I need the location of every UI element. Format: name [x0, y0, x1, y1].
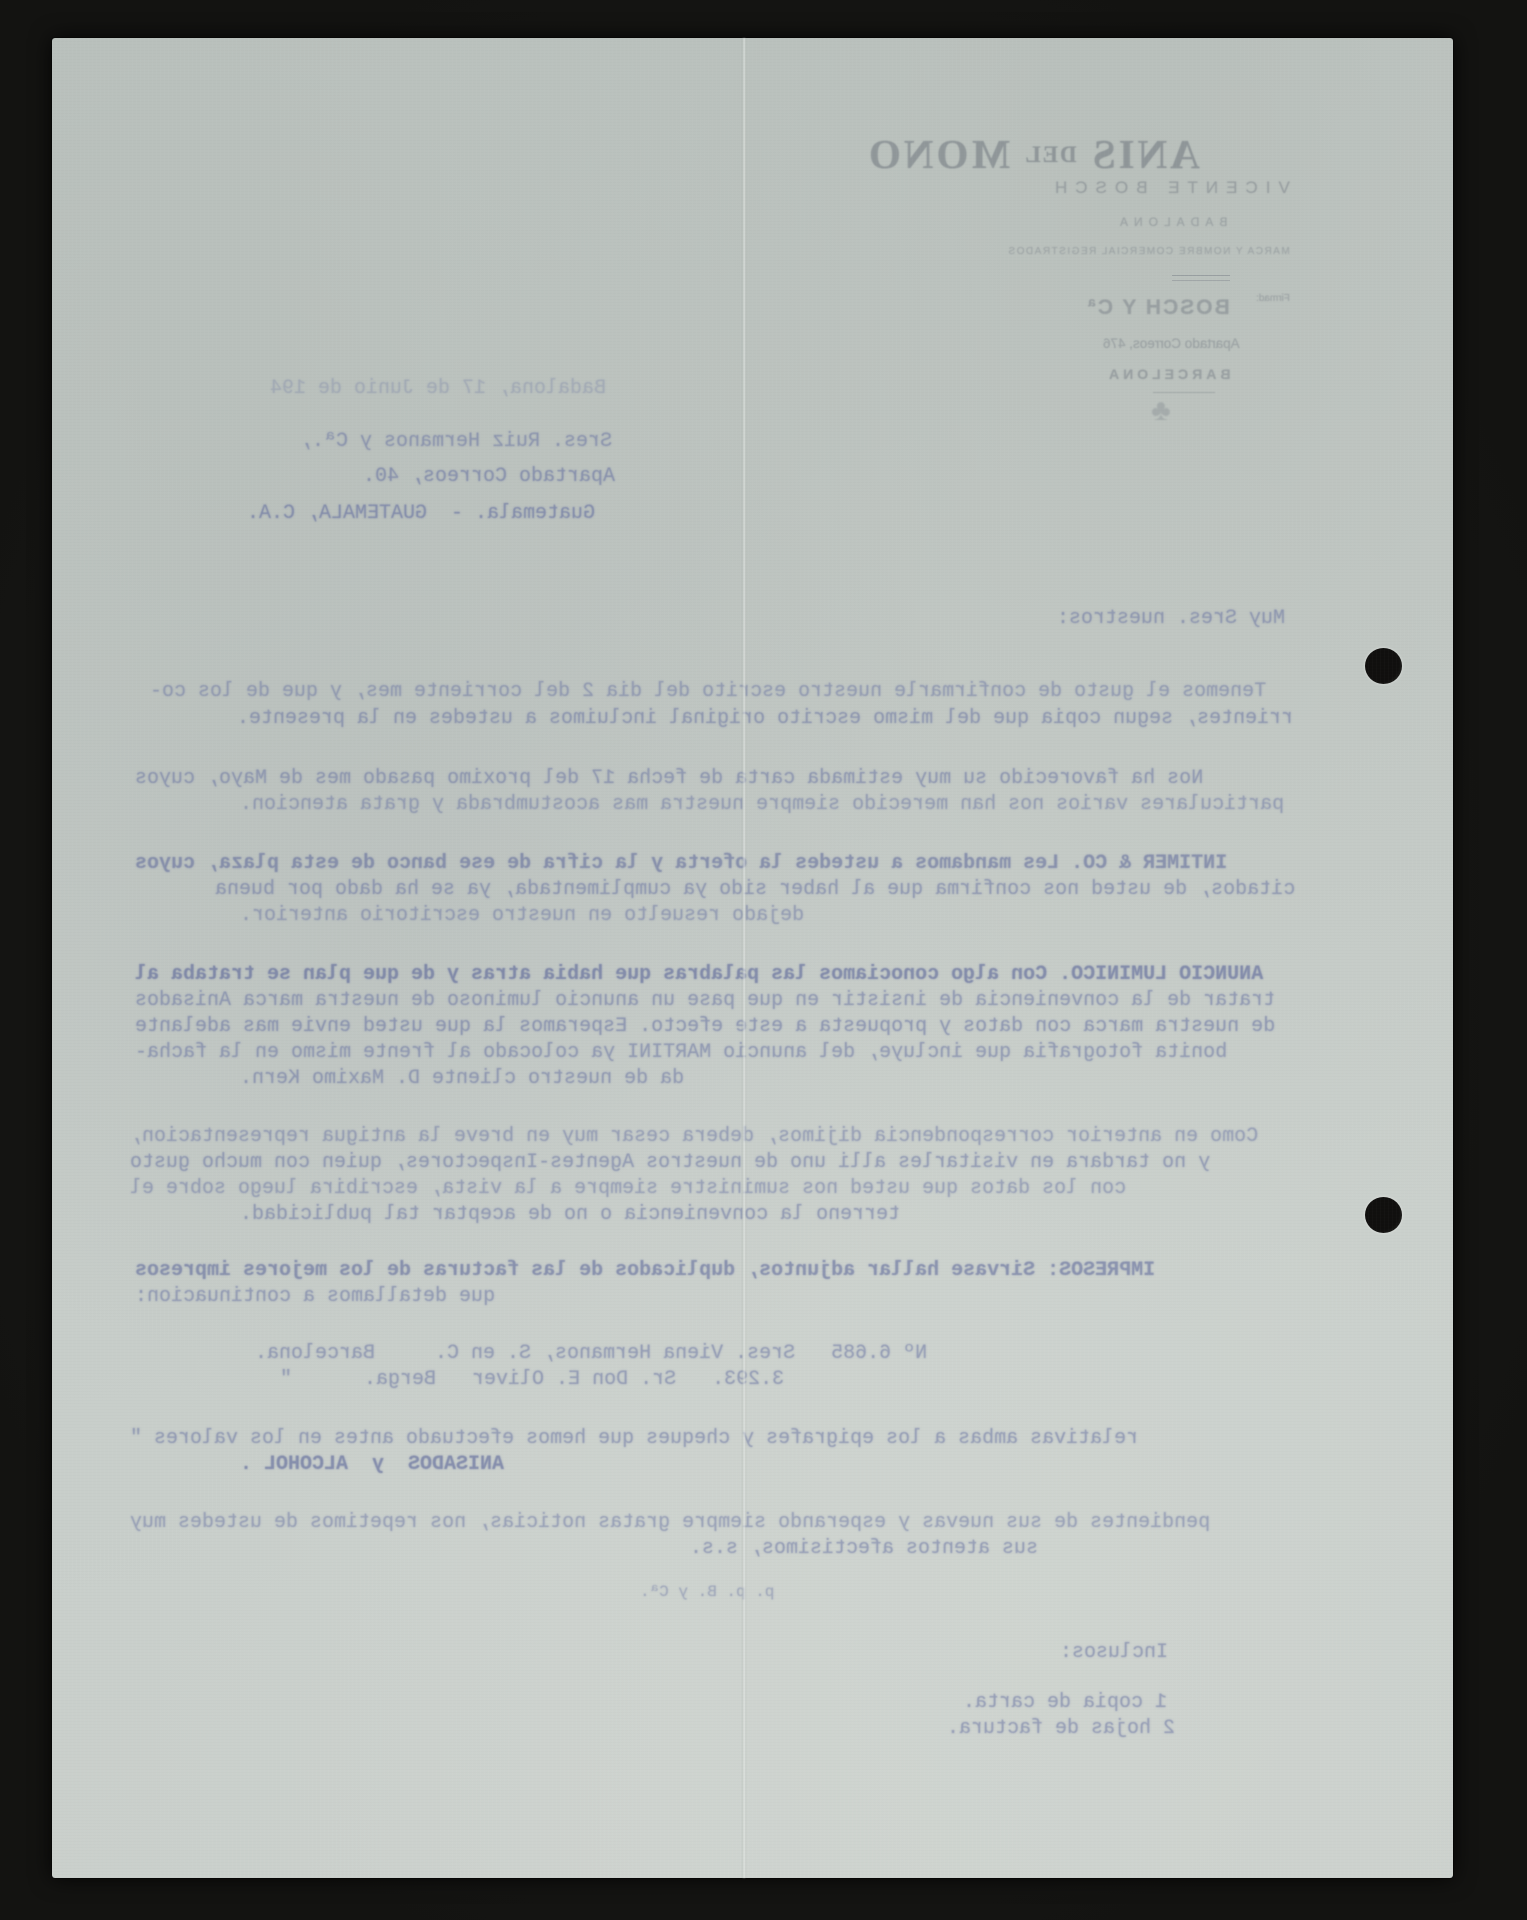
typed-line: INTIMER & CO. Les mandamos a ustedes la …: [135, 853, 1227, 875]
typed-line: Como en anterior correspondencia dijimos…: [130, 1126, 1258, 1148]
ornament-rule: [1153, 392, 1215, 393]
typed-line: con los datos que usted nos suministre s…: [130, 1178, 1126, 1200]
typed-line: da de nuestro cliente D. Maximo Kern.: [240, 1068, 684, 1090]
typed-line: dejado resuelto en nuestro escritorio an…: [240, 905, 804, 927]
typed-line: ANUNCIO LUMINICO. Con algo conociamos la…: [135, 964, 1263, 986]
typed-line: bonita fotografia que incluye, del anunc…: [135, 1042, 1227, 1064]
typed-line: de nuestra marca con datos y propuesta a…: [135, 1016, 1275, 1038]
typed-line: particulares varios nos han merecido sie…: [240, 794, 1284, 816]
typed-line: Inclusos:: [1060, 1642, 1168, 1664]
letterhead-divider: [1172, 275, 1230, 281]
letterhead-city: BADALONA: [1114, 215, 1227, 229]
typed-line: que detallamos a continuacion:: [135, 1286, 495, 1308]
printer-ornament-icon: ♣: [1151, 394, 1171, 428]
typed-line: y no tardara en visitarles alli uno de n…: [130, 1152, 1210, 1174]
punch-hole: [1365, 1197, 1402, 1233]
typed-line: Apartado Correos, 40.: [363, 466, 615, 488]
typed-line: relativas ambas a los epigrafes y cheque…: [130, 1428, 1138, 1450]
scan-background: ANIS DEL MONO VICENTE BOSCH BADALONA MAR…: [0, 0, 1527, 1920]
punch-hole: [1365, 648, 1402, 684]
typed-line: terreno la conveniencia o no de aceptar …: [240, 1204, 900, 1226]
letterhead-firm: BOSCH Y Cª: [1086, 296, 1230, 320]
letterhead-proprietor: VICENTE BOSCH: [1047, 178, 1290, 198]
typed-line: Guatemala. - GUATEMALA, C.A.: [247, 503, 595, 525]
letterhead-registered: MARCA Y NOMBRE COMERCIAL REGISTRADOS: [1007, 246, 1290, 257]
typed-line: Sres. Ruiz Hermanos y Cª.,: [300, 431, 612, 453]
letter-paper: ANIS DEL MONO VICENTE BOSCH BADALONA MAR…: [52, 38, 1453, 1878]
typed-line: 1 copia de carta.: [963, 1692, 1167, 1714]
letterhead-firm-label: Firmad:: [1256, 293, 1290, 304]
typed-line: Tenemos el gusto de confirmarle nuestro …: [150, 681, 1266, 703]
typed-line: Muy Sres. nuestros:: [1057, 608, 1285, 630]
letterhead-city2: BARCELONA: [1105, 366, 1230, 382]
typed-line: 3.293. Sr. Don E. Oliver Berga. ": [280, 1369, 784, 1391]
typed-line: rrientes, segun copia que del mismo escr…: [237, 708, 1293, 730]
typed-line: citados, de usted nos confirma que al ha…: [215, 879, 1295, 901]
typed-line: pendientes de sus nuevas y esperando sie…: [130, 1512, 1210, 1534]
brand-logo: ANIS DEL MONO: [866, 130, 1200, 178]
typed-line: ANISADOS y ALCOHOL .: [240, 1454, 504, 1476]
center-fold-crease: [742, 38, 746, 1878]
typed-line: IMPRESOS: Sirvase hallar adjuntos, dupli…: [135, 1260, 1155, 1282]
typed-line: Nos ha favorecido su muy estimada carta …: [135, 768, 1203, 790]
typed-line: tratar de la conveniencia de insistir en…: [135, 990, 1275, 1012]
typed-line: Badalona, 17 de Junio de 194: [270, 378, 606, 400]
typed-line: 2 hojas de factura.: [947, 1718, 1175, 1740]
typed-line: Nº 6.685 Sres. Viena Hermanos, S. en C. …: [255, 1343, 927, 1365]
letterhead-po-box: Apartado Correos, 476: [1103, 336, 1240, 351]
typed-line: p. p. B. y Cª.: [640, 1581, 774, 1603]
